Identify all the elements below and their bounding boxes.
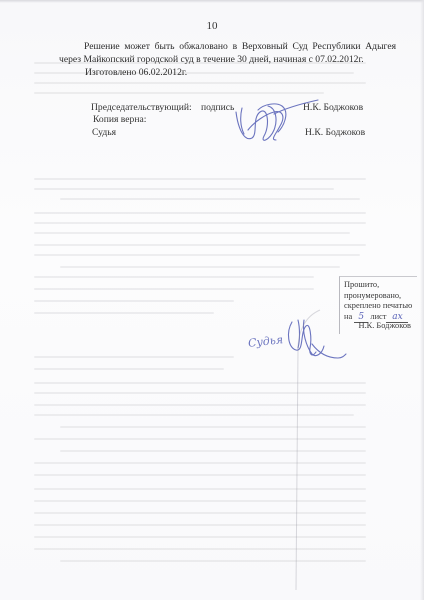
presiding-label: Председательствующий: (91, 102, 192, 114)
made-date-line: Изготовлено 06.02.2012г. (85, 67, 187, 79)
handwritten-judge-note: Судья (247, 333, 283, 350)
stamp-line-1: Прошито, (344, 280, 417, 291)
copy-true-label: Копия верна: (93, 114, 146, 126)
judge-label: Судья (92, 127, 116, 139)
scan-edge-top (0, 0, 424, 3)
stamp-line-3: скреплено печатью (344, 301, 417, 312)
judge-signature-upper-icon (230, 100, 320, 150)
stamp-name: Н.К. Боджоков (359, 321, 411, 332)
appeal-paragraph-line-2: через Майкопский городской суд в течение… (59, 54, 364, 66)
appeal-paragraph-line-1: Решение может быть обжаловано в Верховны… (84, 41, 396, 53)
document-page: 10 Решение может быть обжаловано в Верхо… (0, 0, 424, 600)
stamp-sheet-label: лист (370, 312, 386, 321)
scan-edge-right (420, 0, 424, 600)
stamp-line-2: пронумеровано, (344, 291, 417, 302)
page-number: 10 (0, 20, 424, 32)
binding-thread-icon (292, 310, 322, 590)
